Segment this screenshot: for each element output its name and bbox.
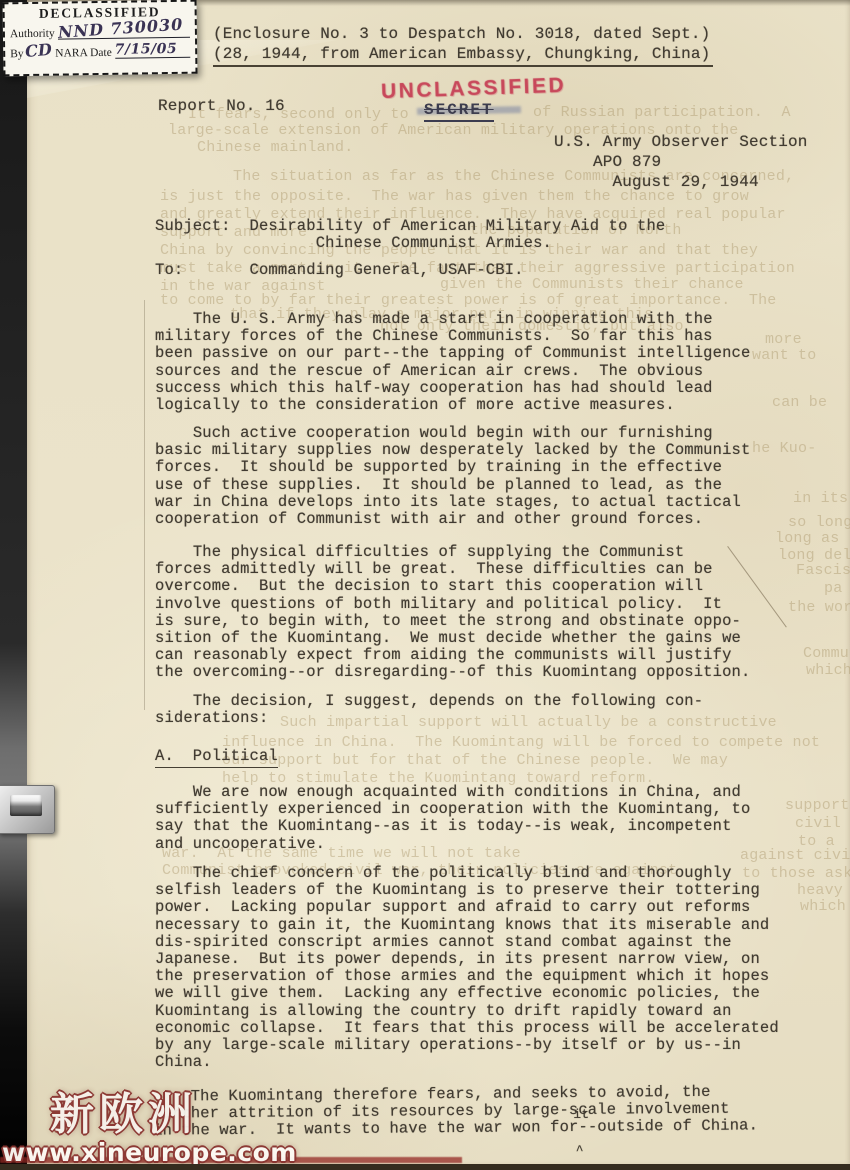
inserted-word-text: it	[573, 1106, 589, 1123]
authority-row: Authority NND 730030	[10, 21, 190, 41]
bleedthrough-text: civil	[795, 815, 841, 832]
bleedthrough-text: Communists	[803, 645, 850, 662]
vertical-crease	[144, 300, 145, 710]
org-date-block: U.S. Army Observer Section APO 879 Augus…	[554, 132, 808, 192]
bleedthrough-text: our support but for that of the Chinese …	[222, 752, 728, 769]
bottom-scan-edge	[0, 1164, 850, 1170]
bleedthrough-text: heavy	[797, 882, 843, 899]
bleedthrough-text: support	[785, 797, 849, 814]
watermark: 新欧洲 www.xineurope.com	[2, 1078, 297, 1167]
bleedthrough-text: long as the	[775, 530, 850, 547]
insertion-caret: ^	[576, 1142, 584, 1159]
nara-row: By CD NARA Date 7/15/05	[10, 39, 190, 61]
bleedthrough-text: so long	[788, 514, 850, 531]
authority-handwriting: NND 730030	[57, 18, 183, 40]
binder-clip-slot	[10, 795, 42, 816]
declassified-stamp: DECLASSIFIED Authority NND 730030 By CD …	[2, 0, 197, 76]
paragraph-1: The U. S. Army has made a start in coope…	[155, 311, 750, 414]
secret-classification: SECRET	[424, 101, 494, 122]
subject-block: Subject: Desirability of American Milita…	[155, 218, 665, 252]
scanner-edge	[0, 0, 27, 1170]
bleedthrough-text: of Russian participation. A	[533, 104, 791, 121]
bleedthrough-text: pa	[824, 580, 842, 597]
paragraph-2: Such active cooperation would begin with…	[155, 425, 750, 528]
authority-label: Authority	[10, 28, 55, 41]
date-handwriting: 7/15/05	[115, 41, 178, 58]
bleedthrough-text: the world,	[788, 599, 850, 616]
section-a-label: A. Political	[155, 748, 278, 768]
watermark-chinese: 新欧洲	[50, 1078, 297, 1142]
enclosure-line2: (28, 1944, from American Embassy, Chungk…	[213, 45, 710, 63]
bleedthrough-text: against civil	[740, 847, 850, 864]
report-number: Report No. 16	[158, 96, 285, 116]
date-line: 7/15/05	[115, 42, 191, 59]
bleedthrough-text: which	[800, 898, 846, 915]
by-handwriting: CD	[25, 40, 53, 61]
bleedthrough-text: which is	[806, 662, 850, 679]
bleedthrough-text: want to	[752, 347, 816, 364]
paragraph-4: The decision, I suggest, depends on the …	[155, 693, 703, 727]
watermark-url: www.xineurope.com	[2, 1138, 297, 1167]
paragraph-3: The physical difficulties of supplying t…	[155, 544, 750, 682]
paragraph-5: We are now enough acquainted with condit…	[155, 784, 750, 853]
paragraph-7-tail: --outside of China.	[578, 1117, 758, 1137]
authority-line: NND 730030	[58, 21, 190, 40]
nara-date-label: NARA Date	[55, 47, 112, 60]
bleedthrough-text: Fascist-	[796, 562, 850, 579]
bleedthrough-text: more	[765, 331, 802, 348]
bleedthrough-text: in its	[793, 490, 848, 507]
binder-clip	[0, 785, 55, 834]
section-a-heading: A. Political	[155, 748, 278, 768]
enclosure-line1: (Enclosure No. 3 to Despatch No. 3018, d…	[213, 25, 710, 43]
scanned-document: It fears, second only toof Russian parti…	[0, 0, 850, 1170]
enclosure-underline	[213, 65, 713, 67]
to-block: To: Commanding General, USAF-CBI.	[155, 262, 524, 279]
bleedthrough-text: he Kuo-	[752, 440, 816, 457]
by-label: By	[10, 48, 24, 60]
bleedthrough-text: Chinese mainland.	[197, 139, 353, 156]
paragraph-6: The chief concern of the politically bli…	[155, 865, 779, 1071]
bleedthrough-text: influence in China. The Kuomintang will …	[222, 734, 820, 751]
enclosure-note: (Enclosure No. 3 to Despatch No. 3018, d…	[213, 24, 710, 64]
bleedthrough-text: can be	[772, 394, 827, 411]
